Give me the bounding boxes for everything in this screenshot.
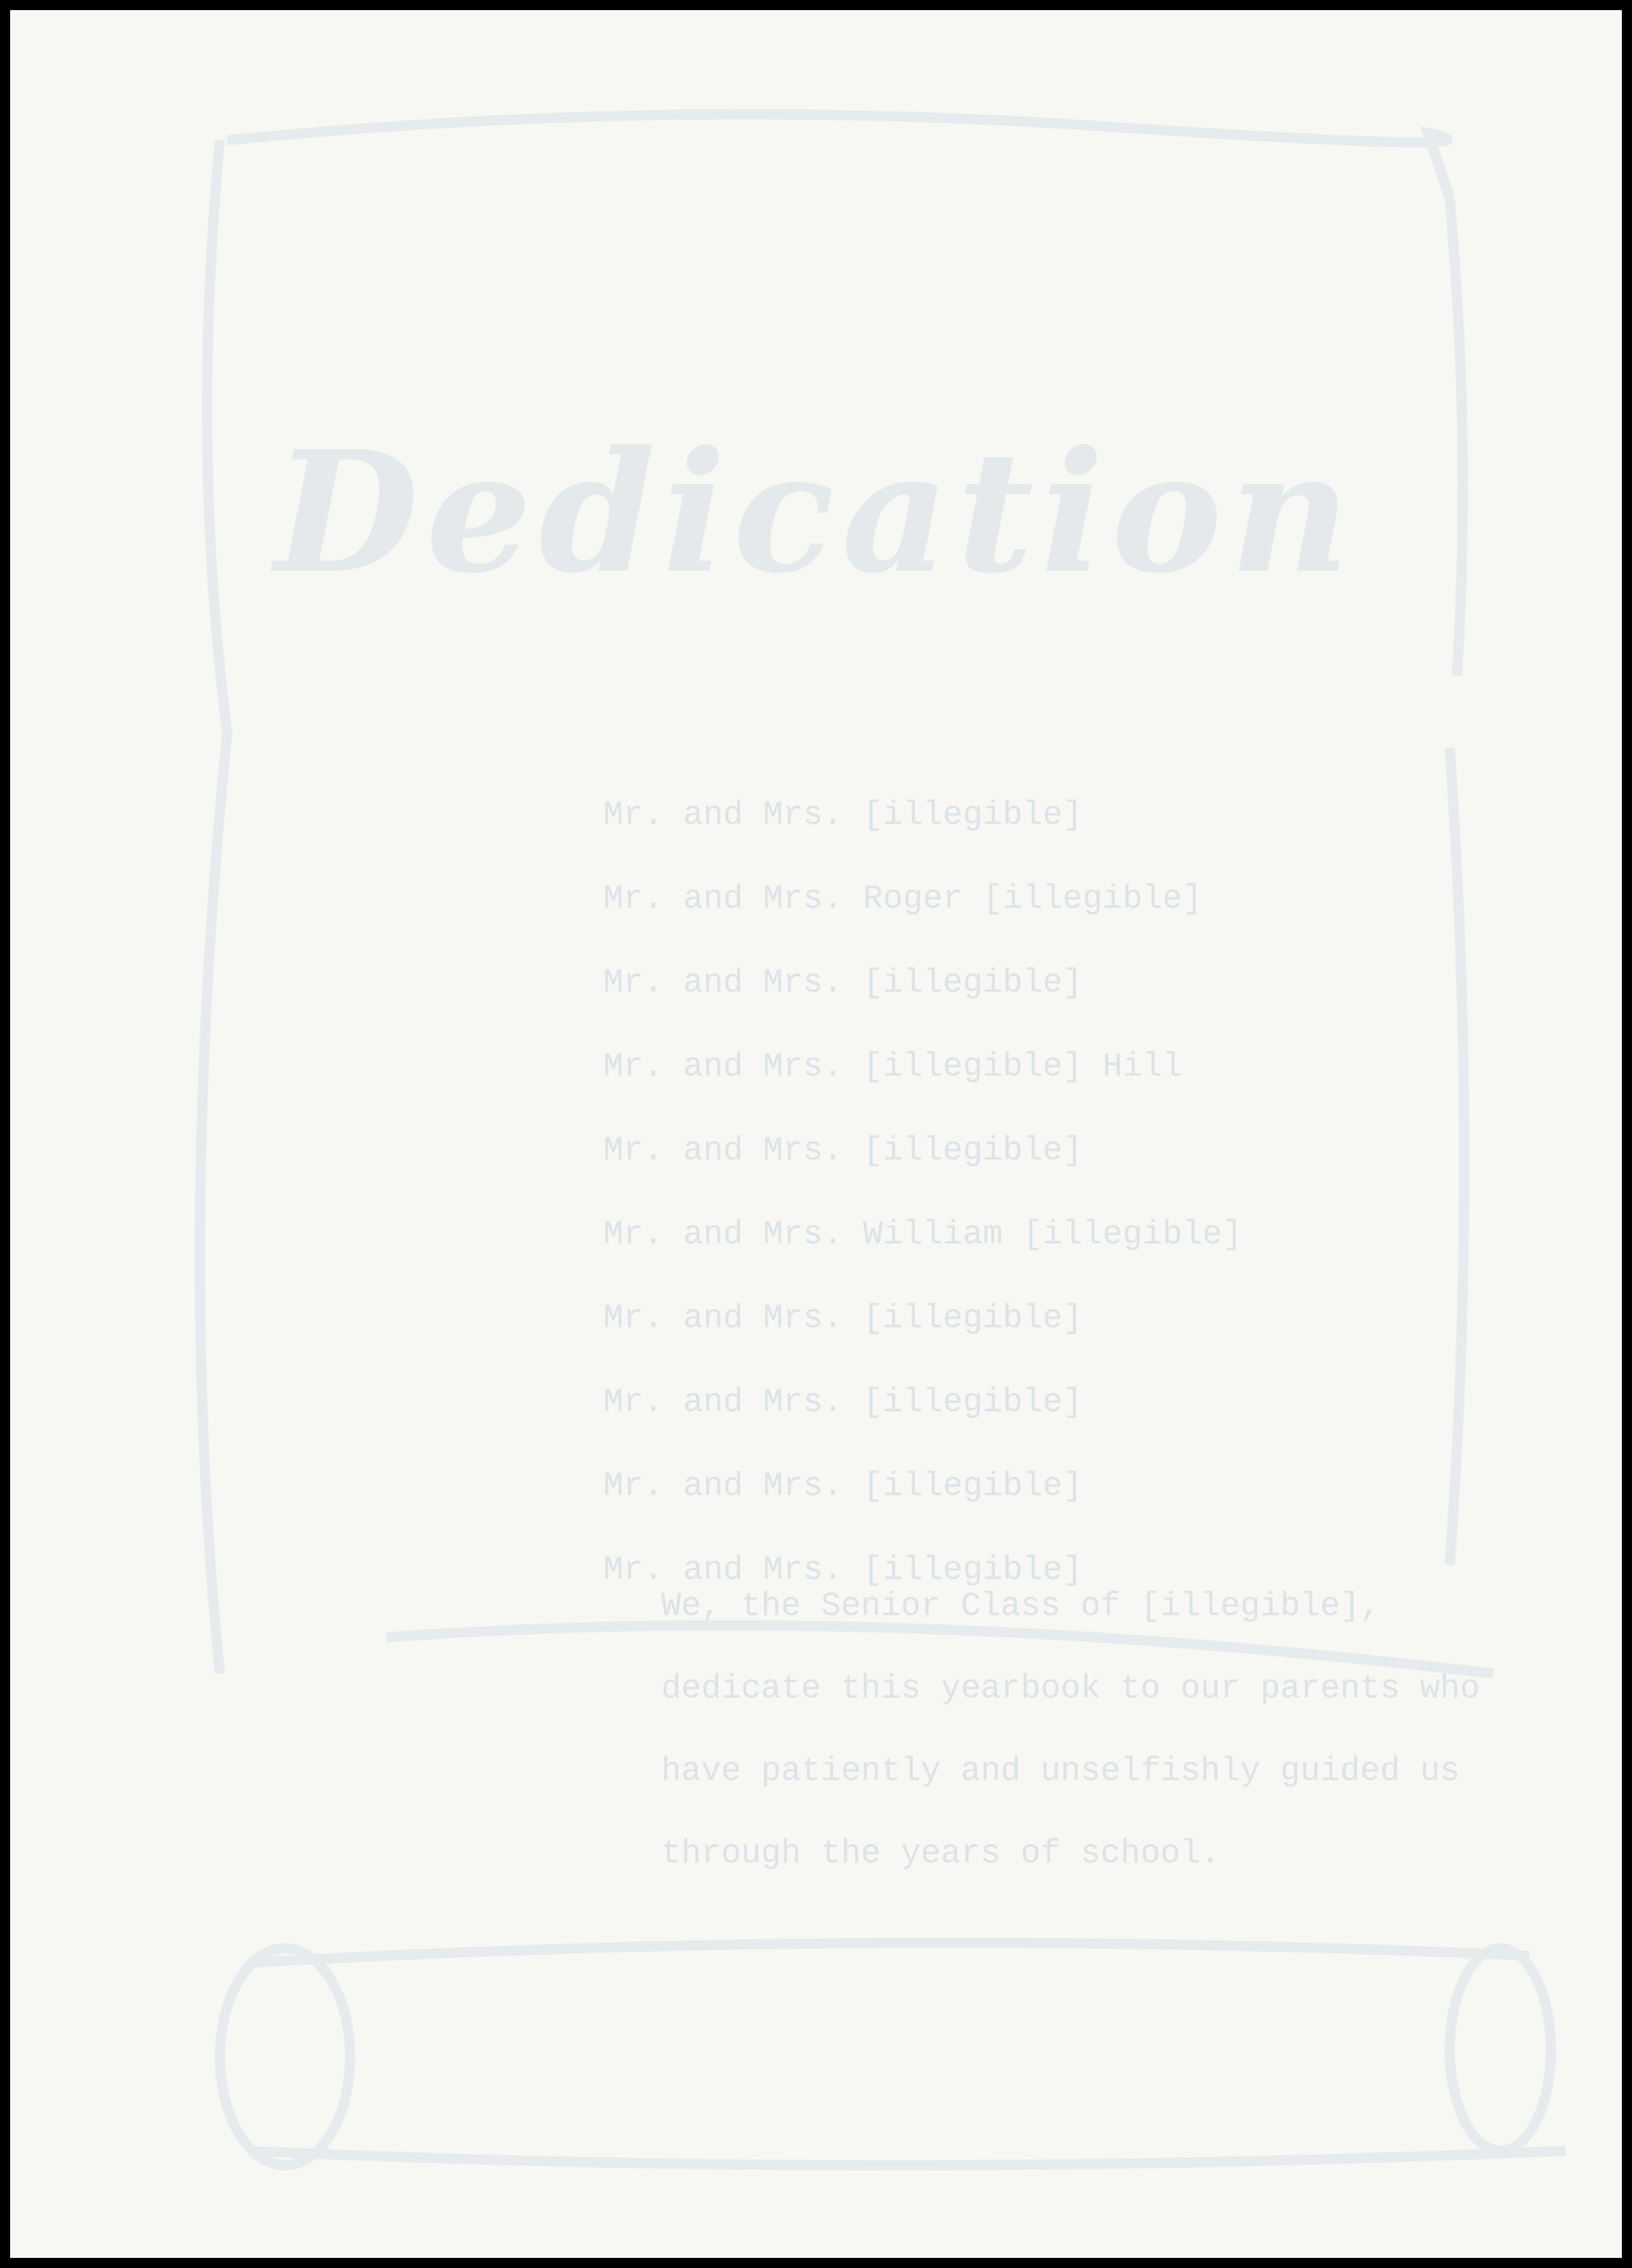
honoree-name: Mr. and Mrs. [illegible] bbox=[603, 941, 1254, 1025]
honoree-name: Mr. and Mrs. [illegible] bbox=[603, 773, 1254, 857]
honoree-name: Mr. and Mrs. [illegible] bbox=[603, 1276, 1254, 1360]
paragraph-line: have patiently and unselfishly guided us bbox=[661, 1730, 1602, 1812]
honoree-list: Mr. and Mrs. [illegible] Mr. and Mrs. Ro… bbox=[603, 773, 1254, 1612]
paragraph-line: We, the Senior Class of [illegible], bbox=[661, 1565, 1602, 1647]
honoree-name: Mr. and Mrs. [illegible] bbox=[603, 1360, 1254, 1444]
honoree-name: Mr. and Mrs. [illegible] bbox=[603, 1109, 1254, 1193]
dedication-page: Dedication Mr. and Mrs. [illegible] Mr. … bbox=[10, 10, 1622, 2258]
dedication-paragraph: We, the Senior Class of [illegible], ded… bbox=[661, 1565, 1602, 1895]
paragraph-line: dedicate this yearbook to our parents wh… bbox=[661, 1647, 1602, 1730]
page-title: Dedication bbox=[10, 415, 1622, 610]
honoree-name: Mr. and Mrs. [illegible] bbox=[603, 1444, 1254, 1528]
honoree-name: Mr. and Mrs. William [illegible] bbox=[603, 1193, 1254, 1276]
honoree-name: Mr. and Mrs. [illegible] Hill bbox=[603, 1025, 1254, 1109]
honoree-name: Mr. and Mrs. Roger [illegible] bbox=[603, 857, 1254, 941]
paragraph-line: through the years of school. bbox=[661, 1812, 1602, 1895]
